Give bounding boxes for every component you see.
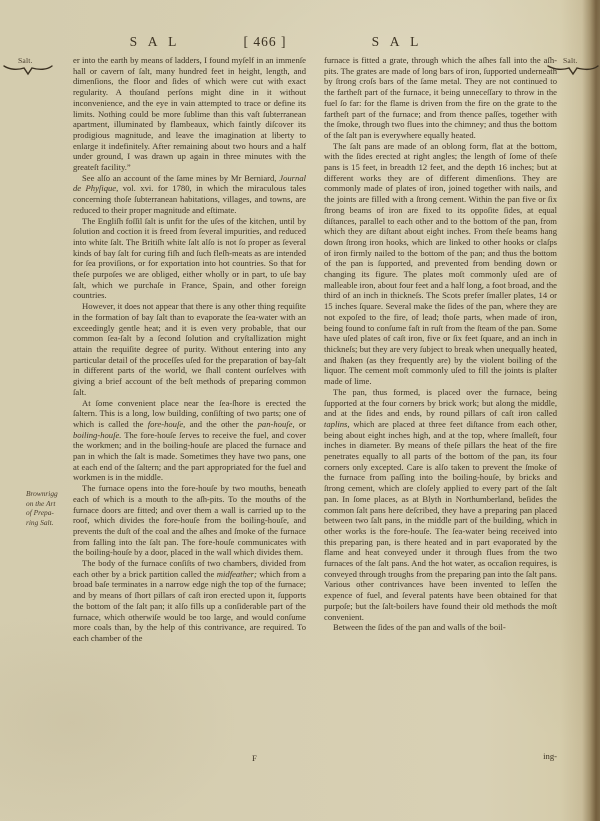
paragraph: er into the earth by means of ladders, I… [73, 55, 306, 173]
body-text: which are placed at three feet diſtance … [324, 419, 557, 622]
body-text: The ſalt pans are made of an oblong form… [324, 141, 557, 386]
text-column-right: furnace is fitted a grate, through which… [324, 55, 557, 633]
body-text: The pan, thus formed, is placed over the… [324, 387, 557, 418]
body-text: The Engliſh foſſil ſalt is unfit for the… [73, 216, 306, 301]
page-number: [ 466 ] [244, 34, 287, 50]
italic-text: pan-houſe, [258, 419, 295, 429]
italic-text: fore-houſe, [148, 419, 186, 429]
body-text: Between the ſides of the pan and walls o… [333, 622, 506, 632]
paragraph: At ſome convenient place near the ſea-ſh… [73, 398, 306, 484]
side-citation: Brownrigg on the Art of Prepa- ring Salt… [26, 489, 80, 527]
body-text: However, it does not appear that there i… [73, 301, 306, 397]
text-column-left: er into the earth by means of ladders, I… [73, 55, 306, 644]
body-text: or [295, 419, 306, 429]
body-text: which from a broad baſe terminates in a … [73, 569, 306, 643]
book-page: S A L [ 466 ] S A L Salt. Salt. Brownrig… [0, 0, 600, 821]
body-text: The furnace opens into the fore-houſe by… [73, 483, 306, 557]
paragraph: The furnace opens into the fore-houſe by… [73, 483, 306, 558]
running-title-left: S A L [130, 34, 181, 50]
italic-text: midfeather; [217, 569, 257, 579]
body-text: er into the earth by means of ladders, I… [73, 55, 306, 172]
body-text: furnace is fitted a grate, through which… [324, 55, 557, 140]
body-text: See alſo an account of the ſame mines by… [82, 173, 279, 183]
body-text: and the other the [185, 419, 257, 429]
paragraph: furnace is fitted a grate, through which… [324, 55, 557, 141]
italic-text: taplins, [324, 419, 350, 429]
side-citation-line: ring Salt. [26, 518, 80, 528]
paragraph: See alſo an account of the ſame mines by… [73, 173, 306, 216]
paragraph: The body of the furnace conſiſts of two … [73, 558, 306, 644]
catchword: ing- [324, 751, 557, 761]
italic-text: boiling-houſe. [73, 430, 121, 440]
side-citation-line: Brownrigg [26, 489, 80, 499]
paragraph: Between the ſides of the pan and walls o… [324, 622, 557, 633]
margin-brace-left-icon [3, 64, 53, 77]
paragraph: The Engliſh foſſil ſalt is unfit for the… [73, 216, 306, 302]
paragraph: The pan, thus formed, is placed over the… [324, 387, 557, 622]
signature-mark: F [252, 753, 257, 763]
paragraph: However, it does not appear that there i… [73, 301, 306, 397]
side-citation-line: on the Art [26, 499, 80, 509]
running-title-right: S A L [372, 34, 423, 50]
side-citation-line: of Prepa- [26, 508, 80, 518]
paragraph: The ſalt pans are made of an oblong form… [324, 141, 557, 387]
